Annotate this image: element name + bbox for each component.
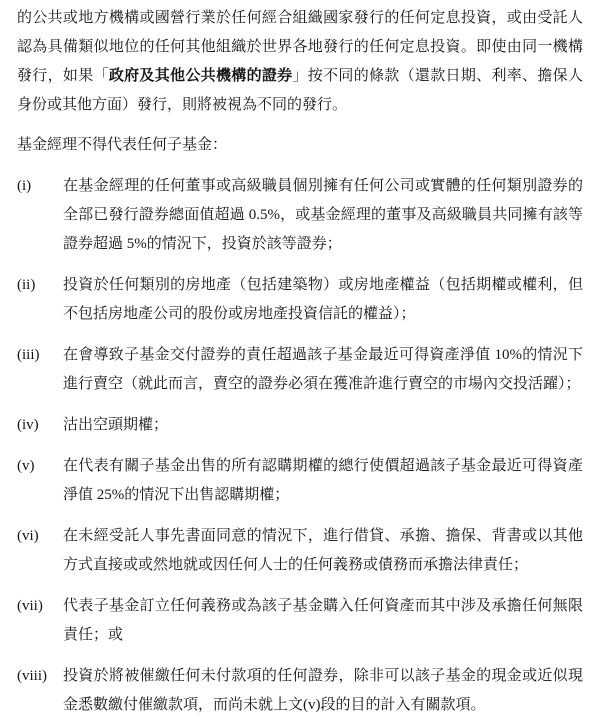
- list-item: (vii) 代表子基金訂立任何義務或為該子基金購入任何資產而其中涉及承擔任何無限…: [17, 592, 583, 650]
- item-marker: (ii): [17, 271, 63, 329]
- item-marker: (iii): [17, 341, 63, 399]
- list-header: 基金經理不得代表任何子基金：: [17, 131, 583, 160]
- list-item: (ii) 投資於任何類別的房地產（包括建築物）或房地產權益（包括期權或權利，但不…: [17, 271, 583, 329]
- list-item: (viii) 投資於將被催繳任何未付款項的任何證券，除非可以該子基金的現金或近似…: [17, 662, 583, 720]
- item-text: 在會導致子基金交付證券的責任超過該子基金最近可得資產淨值 10%的情況下進行賣空…: [63, 341, 583, 399]
- item-text: 投資於將被催繳任何未付款項的任何證券，除非可以該子基金的現金或近似現金悉數繳付催…: [63, 662, 583, 720]
- item-text: 在未經受託人事先書面同意的情況下，進行借貸、承擔、擔保、背書或以其他方式直接或或…: [63, 522, 583, 580]
- item-marker: (i): [17, 172, 63, 259]
- list-item: (v) 在代表有關子基金出售的所有認購期權的總行使價超過該子基金最近可得資產淨值…: [17, 452, 583, 510]
- list-item: (vi) 在未經受託人事先書面同意的情況下，進行借貸、承擔、擔保、背書或以其他方…: [17, 522, 583, 580]
- item-marker: (viii): [17, 662, 63, 720]
- item-text: 在基金經理的任何董事或高級職員個別擁有任何公司或實體的任何類別證券的全部已發行證…: [63, 172, 583, 259]
- intro-paragraph: 的公共或地方機構或國營行業於任何經合組織國家發行的任何定息投資，或由受託人認為具…: [17, 4, 583, 120]
- list-item: (iii) 在會導致子基金交付證券的責任超過該子基金最近可得資產淨值 10%的情…: [17, 341, 583, 399]
- item-text: 代表子基金訂立任何義務或為該子基金購入任何資產而其中涉及承擔任何無限責任；或: [63, 592, 583, 650]
- intro-bold-term: 政府及其他公共機構的證券: [109, 68, 293, 84]
- item-marker: (vi): [17, 522, 63, 580]
- item-marker: (vii): [17, 592, 63, 650]
- restriction-list: (i) 在基金經理的任何董事或高級職員個別擁有任何公司或實體的任何類別證券的全部…: [17, 172, 583, 720]
- item-marker: (v): [17, 452, 63, 510]
- item-text: 沽出空頭期權；: [63, 411, 583, 440]
- list-item: (i) 在基金經理的任何董事或高級職員個別擁有任何公司或實體的任何類別證券的全部…: [17, 172, 583, 259]
- item-text: 在代表有關子基金出售的所有認購期權的總行使價超過該子基金最近可得資產淨值 25%…: [63, 452, 583, 510]
- item-marker: (iv): [17, 411, 63, 440]
- item-text: 投資於任何類別的房地產（包括建築物）或房地產權益（包括期權或權利，但不包括房地產…: [63, 271, 583, 329]
- list-item: (iv) 沽出空頭期權；: [17, 411, 583, 440]
- document-page: 的公共或地方機構或國營行業於任何經合組織國家發行的任何定息投資，或由受託人認為具…: [0, 0, 600, 727]
